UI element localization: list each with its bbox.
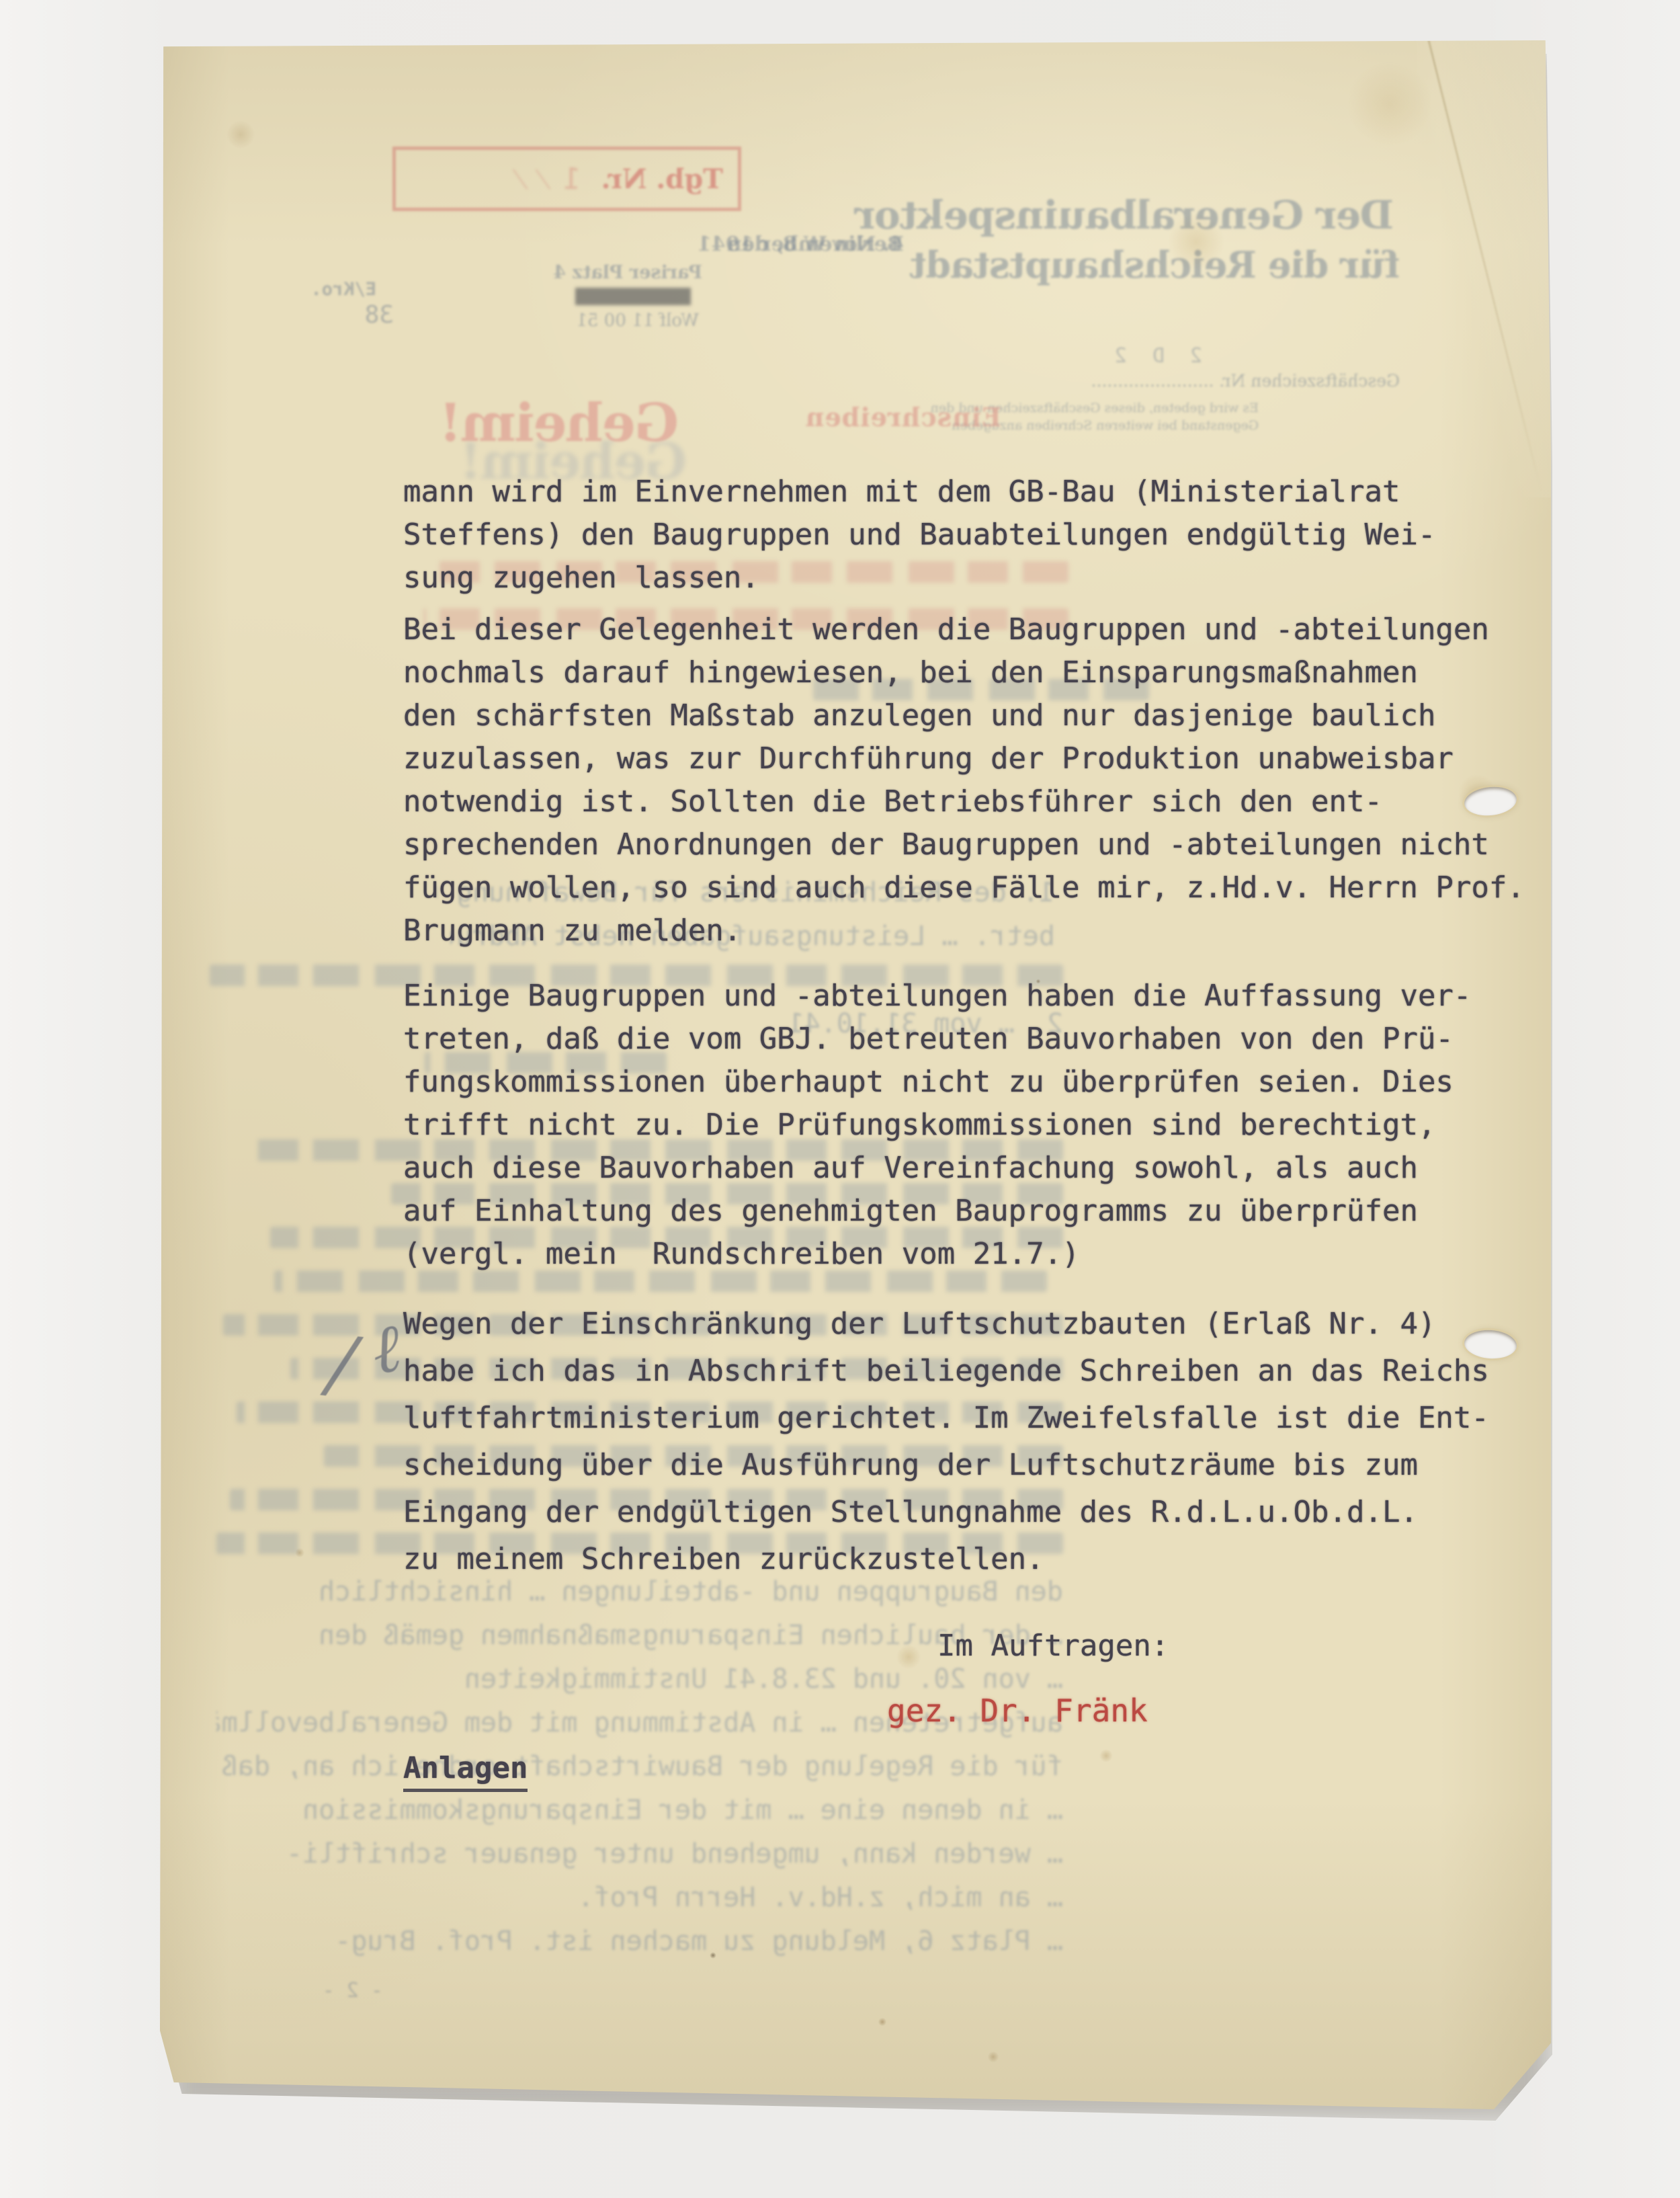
handwritten-pencil-slash: / bbox=[325, 1319, 359, 1409]
typed-line: (vergl. mein Rundschreiben vom 21.7.) bbox=[403, 1233, 1471, 1276]
typed-line: mann wird im Einvernehmen mit dem GB-Bau… bbox=[403, 471, 1435, 514]
typed-line: auch diese Bauvorhaben auf Vereinfachung… bbox=[403, 1147, 1471, 1190]
typed-line: trifft nicht zu. Die Prüfungskommissione… bbox=[403, 1104, 1471, 1147]
typed-line: sung zugehen lassen. bbox=[403, 557, 1435, 600]
typed-line: scheidung über die Ausführung der Luftsc… bbox=[403, 1442, 1489, 1489]
typed-line: sprechenden Anordnungen der Baugruppen u… bbox=[403, 823, 1525, 866]
typed-line: nochmals darauf hingewiesen, bei den Ein… bbox=[403, 651, 1525, 694]
signature-line: gez. Dr. Fränk bbox=[887, 1693, 1148, 1729]
typed-line: treten, daß die vom GBJ. betreuten Bauvo… bbox=[403, 1018, 1471, 1061]
typed-line: Eingang der endgültigen Stellungnahme de… bbox=[403, 1489, 1489, 1536]
typed-paragraph: Wegen der Einschränkung der Luftschutzba… bbox=[403, 1301, 1489, 1583]
im-auftrag-line: Im Auftragen: bbox=[937, 1629, 1169, 1663]
typed-line: den schärfsten Maßstab anzulegen und nur… bbox=[403, 694, 1525, 737]
typed-paragraph: Bei dieser Gelegenheit werden die Baugru… bbox=[403, 608, 1525, 952]
typed-front-layer: mann wird im Einvernehmen mit dem GB-Bau… bbox=[160, 40, 1551, 2109]
typed-line: fügen wollen, so sind auch diese Fälle m… bbox=[403, 866, 1525, 909]
scan-background: { "document": { "language": "German", "k… bbox=[0, 0, 1680, 2198]
typed-line: habe ich das in Abschrift beiliegende Sc… bbox=[403, 1348, 1489, 1395]
typed-line: Wegen der Einschränkung der Luftschutzba… bbox=[403, 1301, 1489, 1348]
typed-line: auf Einhaltung des genehmigten Bauprogra… bbox=[403, 1190, 1471, 1233]
typed-line: fungskommissionen überhaupt nicht zu übe… bbox=[403, 1061, 1471, 1104]
document-page: Der Generalbauinspektor für die Reichsha… bbox=[160, 40, 1551, 2109]
typed-line: Einige Baugruppen und -abteilungen haben… bbox=[403, 975, 1471, 1018]
typed-line: luftfahrtministerium gerichtet. Im Zweif… bbox=[403, 1395, 1489, 1442]
typed-line: zu meinem Schreiben zurückzustellen. bbox=[403, 1536, 1489, 1583]
typed-line: Bei dieser Gelegenheit werden die Baugru… bbox=[403, 608, 1525, 651]
typed-line: zuzulassen, was zur Durchführung der Pro… bbox=[403, 737, 1525, 780]
typed-paragraph: Einige Baugruppen und -abteilungen haben… bbox=[403, 975, 1471, 1276]
typed-line: notwendig ist. Sollten die Betriebsführe… bbox=[403, 780, 1525, 823]
typed-line: Brugmann zu melden. bbox=[403, 909, 1525, 952]
typed-line: Steffens) den Baugruppen und Bauabteilun… bbox=[403, 514, 1435, 557]
anlagen-label: Anlagen bbox=[403, 1751, 528, 1792]
typed-paragraph: mann wird im Einvernehmen mit dem GB-Bau… bbox=[403, 471, 1435, 600]
handwritten-pencil-loop: ℓ bbox=[367, 1308, 406, 1390]
